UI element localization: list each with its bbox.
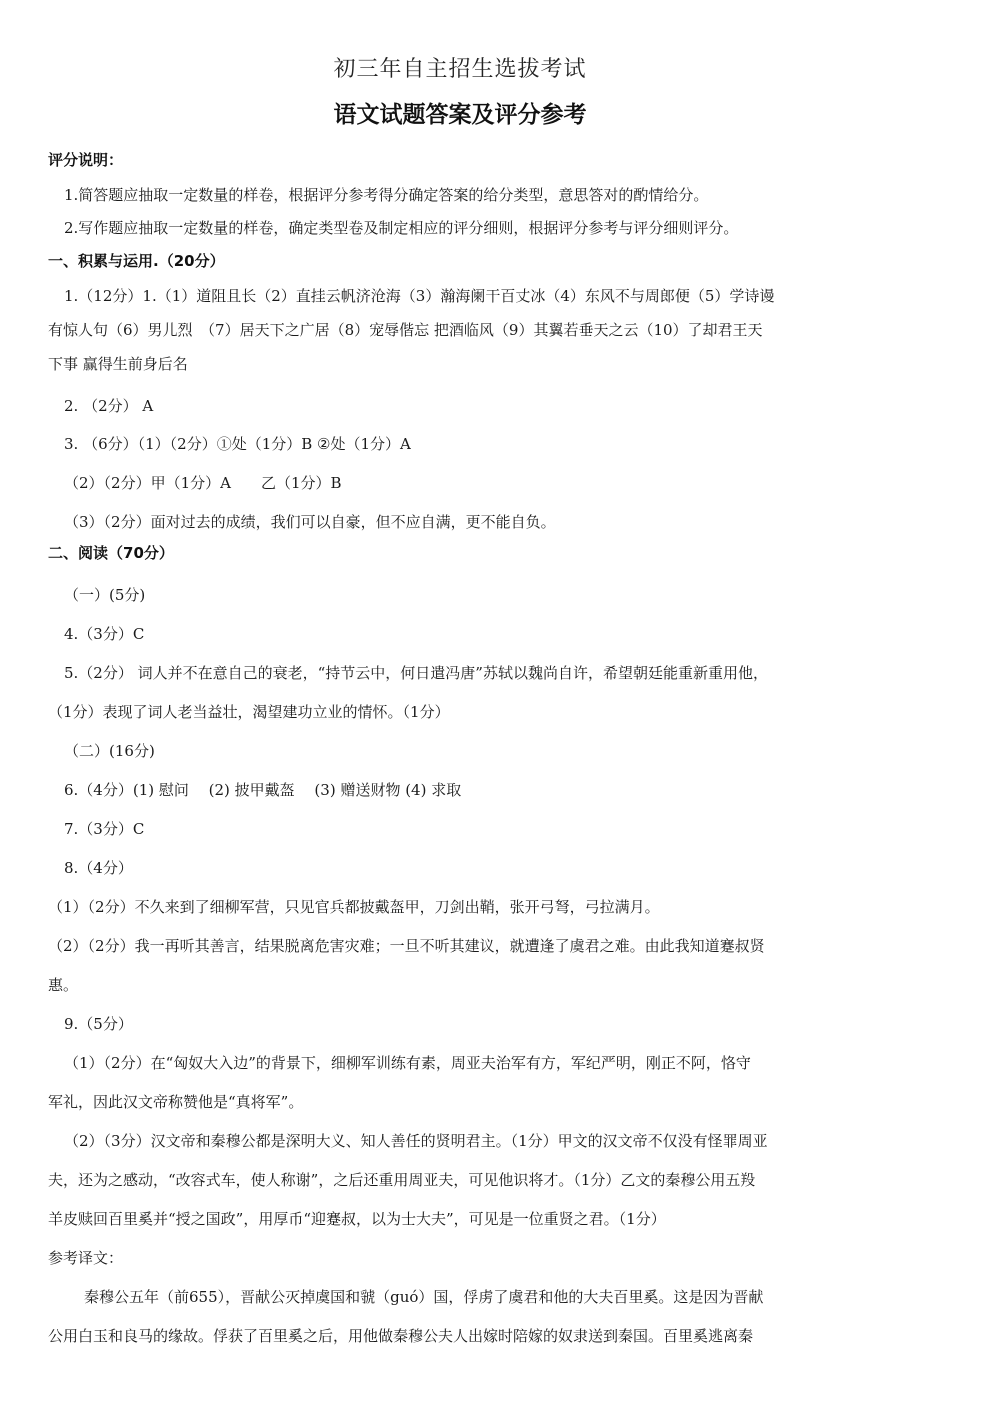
section-heading: 一、积累与运用.（20分） bbox=[48, 251, 878, 271]
text-line: 参考译文： bbox=[48, 1248, 878, 1268]
text-line: 公用白玉和良马的缘故。俘获了百里奚之后，用他做秦穆公夫人出嫁时陪嫁的奴隶送到秦国… bbox=[48, 1326, 878, 1346]
text-line: 有惊人句（6）男儿烈 （7）居天下之广居（8）宠辱偕忘 把酒临风（9）其翼若垂天… bbox=[48, 320, 878, 340]
text-line: （2）（3分）汉文帝和秦穆公都是深明大义、知人善任的贤明君主。（1分）甲文的汉文… bbox=[64, 1131, 894, 1151]
text-line: 2. （2分） A bbox=[64, 396, 894, 416]
text-line: 6.（4分）(1) 慰问 (2) 披甲戴盔 (3) 赠送财物 (4) 求取 bbox=[64, 780, 894, 800]
text-line: （3）（2分）面对过去的成绩，我们可以自豪，但不应自满，更不能自负。 bbox=[64, 512, 894, 532]
text-line: （2）（2分）我一再听其善言，结果脱离危害灾难；一旦不听其建议，就遭逢了虞君之难… bbox=[48, 936, 878, 956]
section-heading: 二、阅读（70分） bbox=[48, 543, 878, 563]
text-line: 军礼，因此汉文帝称赞他是“真将军”。 bbox=[48, 1092, 878, 1112]
text-line: 1.简答题应抽取一定数量的样卷，根据评分参考得分确定答案的给分类型，意思答对的酌… bbox=[64, 185, 894, 205]
text-line: 1.（12分）1.（1）道阻且长（2）直挂云帆济沧海（3）瀚海阑干百丈冰（4）东… bbox=[64, 286, 894, 306]
text-line: 4.（3分）C bbox=[64, 624, 894, 644]
text-line: 羊皮赎回百里奚并“授之国政”，用厚币“迎蹇叔，以为士大夫”，可见是一位重贤之君。… bbox=[48, 1209, 878, 1229]
text-line: 8.（4分） bbox=[64, 858, 894, 878]
text-line: 夫，还为之感动，“改容式车，使人称谢”，之后还重用周亚夫，可见他识将才。（1分）… bbox=[48, 1170, 878, 1190]
text-line: （2）（2分）甲（1分）A 乙（1分）B bbox=[64, 473, 894, 493]
text-line: （1）（2分）不久来到了细柳军营，只见官兵都披戴盔甲，刀剑出鞘，张开弓弩，弓拉满… bbox=[48, 897, 878, 917]
text-line: 惠。 bbox=[48, 975, 878, 995]
text-line: 下事 赢得生前身后名 bbox=[48, 354, 878, 374]
text-line: 2.写作题应抽取一定数量的样卷，确定类型卷及制定相应的评分细则，根据评分参考与评… bbox=[64, 218, 894, 238]
text-line: （二）(16分) bbox=[64, 741, 894, 761]
exam-title: 初三年自主招生选拔考试 bbox=[0, 52, 920, 83]
text-line: 5.（2分） 词人并不在意自己的衰老，“持节云中，何日遣冯唐”苏轼以魏尚自许，希… bbox=[64, 663, 894, 683]
answer-key-title: 语文试题答案及评分参考 bbox=[0, 96, 920, 129]
text-line: （1）（2分）在“匈奴大入边”的背景下，细柳军训练有素，周亚夫治军有方，军纪严明… bbox=[64, 1053, 894, 1073]
text-line: 7.（3分）C bbox=[64, 819, 894, 839]
text-line: （一）(5分) bbox=[64, 585, 894, 605]
document-page: 初三年自主招生选拔考试 语文试题答案及评分参考 评分说明：1.简答题应抽取一定数… bbox=[0, 0, 992, 1403]
section-heading: 评分说明： bbox=[48, 150, 878, 170]
text-line: （1分）表现了词人老当益壮，渴望建功立业的情怀。（1分） bbox=[48, 702, 878, 722]
text-line: 秦穆公五年（前655），晋献公灭掉虞国和虢（guó）国，俘虏了虞君和他的大夫百里… bbox=[84, 1287, 914, 1307]
text-line: 3. （6分）（1）（2分）①处（1分）B ②处（1分）A bbox=[64, 434, 894, 454]
text-line: 9.（5分） bbox=[64, 1014, 894, 1034]
